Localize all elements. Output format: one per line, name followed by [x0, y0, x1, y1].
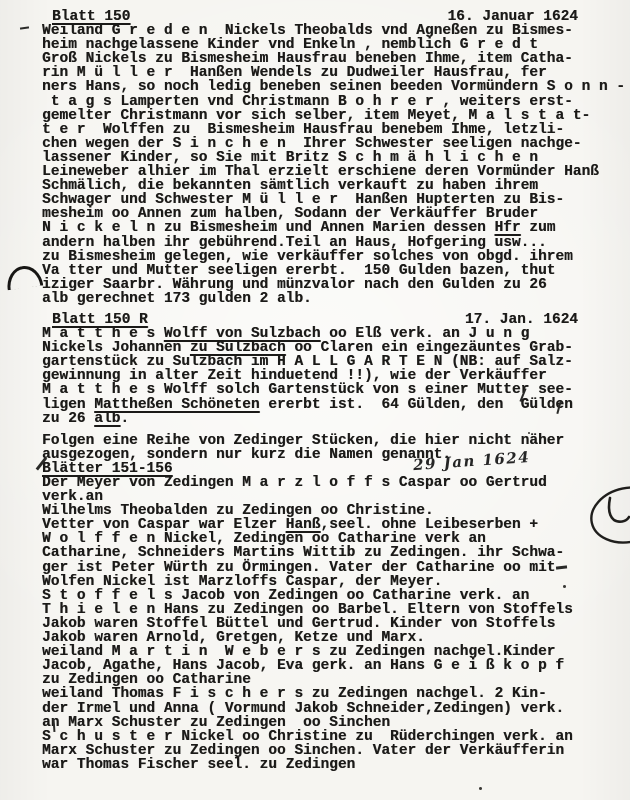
text-line: der Irmel und Anna ( Vormund Jakob Schne… — [42, 702, 630, 716]
document-section: Folgen eine Reihe von Zedinger Stücken, … — [42, 434, 630, 772]
text-line: W o l f f e n Nickel, Zedingen oo Cathar… — [42, 532, 630, 546]
text-line: verk.an — [42, 490, 630, 504]
text-line: Schwager und Schwester M ü l l e r Hanße… — [42, 193, 630, 207]
typed-text: Der Meyer von Zedingen M a r z l o f f s… — [42, 475, 547, 491]
text-line: weiland Thomas F i s c h e r s zu Zeding… — [42, 687, 630, 701]
blatt-title: Blatt 150 — [52, 10, 130, 24]
ink-speck — [479, 787, 482, 790]
ink-speck — [563, 585, 566, 588]
margin-arc-mark-icon — [5, 264, 44, 291]
text-line: M a t t h e s Wolff von Sulzbach oo Elß … — [42, 327, 630, 341]
text-line: iziger Saarbr. Währung und münzvalor nac… — [42, 278, 630, 292]
text-line: ligen Mattheßen Schöneten ererbt ist. 64… — [42, 398, 630, 412]
text-line: ausgezogen, sondern nur kurz die Namen g… — [42, 448, 630, 462]
text-line: T h i e l e n Hans zu Zedingen oo Barbel… — [42, 603, 630, 617]
text-line: Vetter von Caspar war Elzer Hanß,seel. o… — [42, 518, 630, 532]
text-line: rin M ü l l e r Hanßen Wendels zu Dudwei… — [42, 66, 630, 80]
text-line: gewinnung in alter Zeit hinduetend !!), … — [42, 369, 630, 383]
typed-text: alb gerechnet 173 gulden 2 alb. — [42, 291, 312, 307]
text-line: Jakob waren Arnold, Gretgen, Ketze und M… — [42, 631, 630, 645]
underlined-text: alb — [94, 411, 120, 427]
text-line: gemelter Christmann vor sich selber, ite… — [42, 109, 630, 123]
text-line: N i c k e l n zu Bismesheim und Annen Ma… — [42, 221, 630, 235]
text-line: t a g s Lamperten vnd Christmann B o h r… — [42, 95, 630, 109]
text-line: war Thomas Fischer seel. zu Zedingen — [42, 758, 630, 772]
text-line: weiland M a r t i n W e b e r s zu Zedin… — [42, 645, 630, 659]
typed-text: war Thomas Fischer seel. zu Zedingen — [42, 757, 355, 773]
entry-date: 17. Jan. 1624 — [465, 313, 578, 327]
document-section: Blatt 15016. Januar 1624Weiland G r e d … — [42, 10, 630, 306]
text-line: an Marx Schuster zu Zedingen oo Sinchen — [42, 716, 630, 730]
text-line: Nickels Johannen zu Sulzbach oo Claren e… — [42, 341, 630, 355]
typed-text: zu 26 — [42, 411, 94, 427]
text-line: t e r Wolffen zu Bismesheim Hausfrau ben… — [42, 123, 630, 137]
text-line: Catharine, Schneiders Martins Wittib zu … — [42, 546, 630, 560]
section-header-line: Blatt 15016. Januar 1624 — [42, 10, 630, 24]
typed-text: . — [120, 411, 129, 427]
text-line: zu 26 alb. — [42, 412, 630, 426]
text-line: Groß Nickels zu Bismesheim Hausfrau bene… — [42, 52, 630, 66]
text-line: Wilhelms Theobalden zu Zedingen oo Chris… — [42, 504, 630, 518]
text-line: lassener Kinder, so Sie mit Britz S c h … — [42, 151, 630, 165]
ink-speck — [528, 432, 530, 434]
document-body: Blatt 15016. Januar 1624Weiland G r e d … — [42, 10, 630, 772]
text-line: Der Meyer von Zedingen M a r z l o f f s… — [42, 476, 630, 490]
text-line: Marx Schuster zu Zedingen oo Sinchen. Va… — [42, 744, 630, 758]
text-line: S t o f f e l s Jacob von Zedingen oo Ca… — [42, 589, 630, 603]
text-line: Wolfen Nickel ist Marzloffs Caspar, der … — [42, 575, 630, 589]
document-section: Blatt 150 R17. Jan. 1624M a t t h e s Wo… — [42, 313, 630, 426]
circled-margin-note-icon — [588, 484, 630, 556]
text-line: Leineweber alhier im Thal erzielt erschi… — [42, 165, 630, 179]
text-line: ger ist Peter Würth zu Örmingen. Vater d… — [42, 561, 630, 575]
text-line: M a t t h e s Wolff solch Gartenstück vo… — [42, 383, 630, 397]
pen-dash-mark — [20, 26, 29, 29]
text-line: Schmälich, die bekannten sämtlich verkau… — [42, 179, 630, 193]
text-line: gartenstück zu Sulzbach im H A L L G A R… — [42, 355, 630, 369]
text-line: zu Zedingen oo Catharine — [42, 673, 630, 687]
text-line: mesheim oo Annen zum halben, Sodann der … — [42, 207, 630, 221]
entry-date: 16. Januar 1624 — [447, 10, 578, 24]
text-line: alb gerechnet 173 gulden 2 alb. — [42, 292, 630, 306]
text-line: Blätter 151-156 — [42, 462, 630, 476]
text-line: Folgen eine Reihe von Zedinger Stücken, … — [42, 434, 630, 448]
text-line: S c h u s t e r Nickel oo Christine zu R… — [42, 730, 630, 744]
blatt-title: Blatt 150 R — [52, 313, 148, 327]
section-header-line: Blatt 150 R17. Jan. 1624 — [42, 313, 630, 327]
text-line: Weiland G r e d e n Nickels Theobalds vn… — [42, 24, 630, 38]
text-line: Jakob waren Stoffel Büttel und Gertrud. … — [42, 617, 630, 631]
text-line: andern halben ihr gebührend.Teil an Haus… — [42, 236, 630, 250]
typed-text: ererbt ist. 64 Gülden, den Gülden — [260, 397, 573, 413]
text-line: zu Bismesheim gelegen, wie verkäuffer so… — [42, 250, 630, 264]
text-line: Va tter und Mutter seeligen ererbt. 150 … — [42, 264, 630, 278]
text-line: ners Hans, so noch ledig beneben seinen … — [42, 80, 630, 94]
text-line: chen wegen der S i n c h e n Ihrer Schwe… — [42, 137, 630, 151]
text-line: Jacob, Agathe, Hans Jacob, Eva gerk. an … — [42, 659, 630, 673]
text-line: heim nachgelassene Kinder vnd Enkeln , n… — [42, 38, 630, 52]
